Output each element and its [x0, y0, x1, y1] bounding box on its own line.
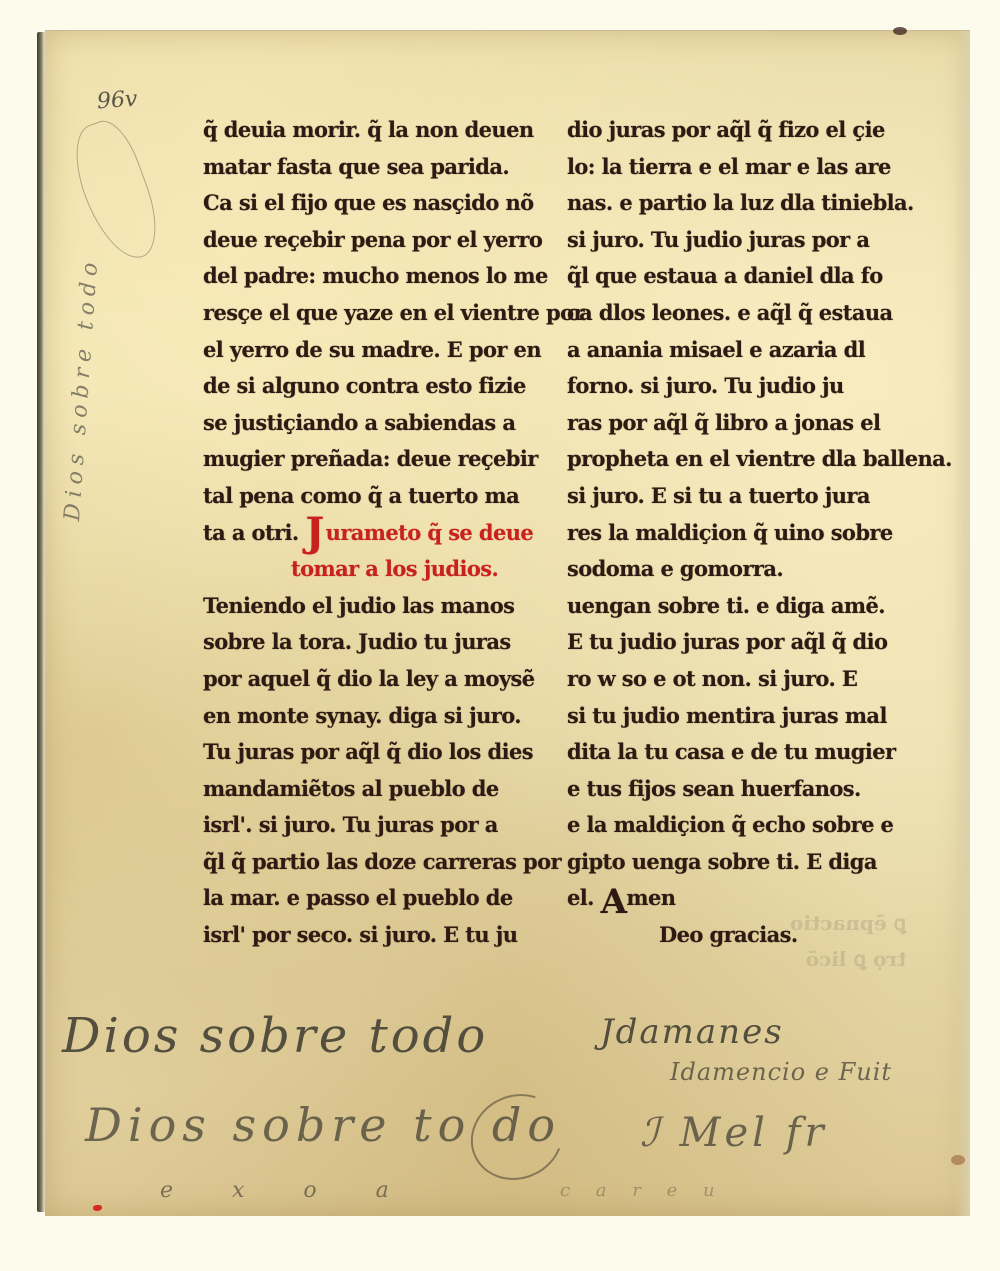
- pen-trial-line: ℐ Mel fr: [640, 1110, 828, 1156]
- text-line: mugier preñada: deue reçebir: [203, 441, 523, 478]
- text-line: ca dlos leones. e aq̃l q̃ estaua: [567, 295, 892, 332]
- show-through-text: ꝑ ẽpnactio trọ ꝑ licõ: [790, 905, 906, 977]
- text-line: lo: la tierra e el mar e las are: [567, 149, 892, 186]
- text-line-with-rubric: ta a otri. Jurameto q̃ se deue: [203, 515, 523, 552]
- text-line: q̃l q̃ partio las doze carreras por: [203, 844, 523, 881]
- text-line: res la maldiçion q̃ uino sobre: [567, 515, 892, 552]
- amen-rest: men: [626, 885, 675, 910]
- text-line: el yerro de su madre. E por en: [203, 332, 523, 369]
- text-line: e tus fijos sean huerfanos.: [567, 771, 892, 808]
- text-line: ro w so e ot non. si juro. E: [567, 661, 892, 698]
- text-line: uengan sobre ti. e diga amẽ.: [567, 588, 892, 625]
- show-through-line: ꝑ ẽpnactio: [790, 905, 906, 941]
- text-line: sobre la tora. Judio tu juras: [203, 624, 523, 661]
- text-line: Teniendo el judio las manos: [203, 588, 523, 625]
- amen-prefix: el.: [567, 885, 594, 910]
- text-line: en monte synay. diga si juro.: [203, 698, 523, 735]
- ink-stain: [951, 1155, 965, 1165]
- text-line: nas. e partio la luz dla tiniebla.: [567, 185, 892, 222]
- text-line: forno. si juro. Tu judio ju: [567, 368, 892, 405]
- rubric-heading-line-2: tomar a los judios.: [203, 551, 523, 588]
- text-line-end: ta a otri.: [203, 520, 299, 545]
- text-line: isrl' por seco. si juro. E tu ju: [203, 917, 523, 954]
- text-column-right: dio juras por aq̃l q̃ fizo el çie lo: la…: [567, 112, 892, 954]
- text-line: por aquel q̃ dio la ley a moysẽ: [203, 661, 523, 698]
- text-line: gipto uenga sobre ti. E diga: [567, 844, 892, 881]
- text-line: e la maldiçion q̃ echo sobre e: [567, 807, 892, 844]
- text-line: del padre: mucho menos lo me: [203, 258, 523, 295]
- ink-stain: [893, 27, 907, 35]
- text-column-left: q̃ deuia morir. q̃ la non deuen matar fa…: [203, 112, 523, 954]
- text-line: mandamiẽtos al pueblo de: [203, 771, 523, 808]
- text-line: matar fasta que sea parida.: [203, 149, 523, 186]
- amen-initial: A: [601, 882, 627, 922]
- text-line: propheta en el vientre dla ballena.: [567, 441, 892, 478]
- text-line: si tu judio mentira juras mal: [567, 698, 892, 735]
- pen-trial-line: c a r e u: [560, 1180, 725, 1201]
- text-line: deue reçebir pena por el yerro: [203, 222, 523, 259]
- text-line: tal pena como q̃ a tuerto ma: [203, 478, 523, 515]
- text-line: sodoma e gomorra.: [567, 551, 892, 588]
- text-line: de si alguno contra esto fizie: [203, 368, 523, 405]
- text-line: E tu judio juras por aq̃l q̃ dio: [567, 624, 892, 661]
- text-line: Ca si el fijo que es nasçido nõ: [203, 185, 523, 222]
- text-line: q̃ deuia morir. q̃ la non deuen: [203, 112, 523, 149]
- text-line: si juro. E si tu a tuerto jura: [567, 478, 892, 515]
- folio-number: 96v: [96, 87, 138, 115]
- text-line: ras por aq̃l q̃ libro a jonas el: [567, 405, 892, 442]
- pen-trial-line: Idamencio e Fuit: [670, 1058, 892, 1086]
- text-line: dita la tu casa e de tu mugier: [567, 734, 892, 771]
- pen-trial-line: Jdamanes: [600, 1012, 784, 1052]
- text-line: la mar. e passo el pueblo de: [203, 880, 523, 917]
- show-through-line: trọ ꝑ licõ: [790, 941, 906, 977]
- text-line: isrl'. si juro. Tu juras por a: [203, 807, 523, 844]
- text-line: resçe el que yaze en el vientre por: [203, 295, 523, 332]
- text-line: Tu juras por aq̃l q̃ dio los dies: [203, 734, 523, 771]
- rubric-initial: J: [305, 509, 323, 556]
- text-line: dio juras por aq̃l q̃ fizo el çie: [567, 112, 892, 149]
- rubric-heading-line-1: Jurameto q̃ se deue: [305, 520, 533, 545]
- text-line: q̃l que estaua a daniel dla fo: [567, 258, 892, 295]
- text-line: si juro. Tu judio juras por a: [567, 222, 892, 259]
- text-line: a anania misael e azaria dl: [567, 332, 892, 369]
- rubric-text: urameto q̃ se deue: [326, 520, 534, 545]
- pen-trial-line: Dios sobre todo: [62, 1008, 488, 1064]
- pen-trial-line: e x o a: [160, 1178, 415, 1203]
- text-line: se justiçiando a sabiendas a: [203, 405, 523, 442]
